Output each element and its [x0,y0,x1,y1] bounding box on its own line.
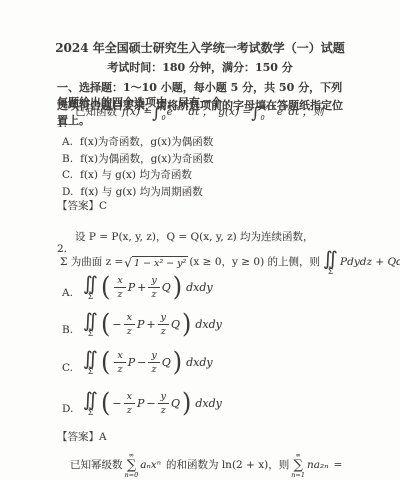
left-paren: ( [101,276,110,300]
fraction: y z [158,391,169,416]
option-text: f(x) 与 g(x) 均为周期函数 [80,186,202,198]
differential: dxdy [195,317,222,332]
q2-option-c: C. ∬ Σ ( x z P − y z Q ) [62,350,213,376]
sum-lower-limit: n=1 [291,472,305,479]
double-integral: ∬ Σ [83,350,98,376]
integral-domain-sigma: Σ [88,409,93,417]
q2-option-a: A. ∬ Σ ( x z P + y z Q ) [62,275,213,301]
integral-domain-sigma: Σ [328,268,333,276]
answer-tag: 【答案】 [57,200,99,212]
option-formula: ∬ Σ ( x z P − y z Q ) dxdy [83,350,213,376]
integral-differential: dt ，则 [288,105,323,120]
q3-mid-text: 的和函数为 ln(2 + x)，则 [166,458,289,473]
denominator: z [118,288,123,300]
variable-P: P [137,396,144,411]
denominator: z [161,404,166,416]
numerator: x [114,275,125,288]
summation: ∞ ∑ n=1 [291,452,305,478]
sum-lower-limit: n=0 [125,472,139,479]
answer-tag: 【答案】 [57,431,99,443]
option-label: A. [62,286,76,301]
radical-sign: √ [124,256,132,270]
variable-Q: Q [171,396,180,411]
summation: ∞ ∑ n=0 [125,452,139,478]
q1-g-lhs: g(x) = [218,105,251,120]
q2-domain-suffix: (x ≥ 0，y ≥ 0) 的上侧，则 [189,255,320,270]
q2-stem-line2: Σ 为曲面 z = √ 1 − x² − y² (x ≥ 0，y ≥ 0) 的上… [60,250,400,276]
q1-f-integral: ∫ x 0 e cos t dt ， [152,104,213,121]
lower-limit: 0 [161,115,165,122]
operator: + [137,280,146,295]
q3-stem: 已知幂级数 ∞ ∑ n=0 aₙxⁿ 的和函数为 ln(2 + x)，则 ∞ ∑… [70,452,342,478]
answer-letter: A [99,431,107,443]
variable-Q: Q [171,317,180,332]
q1-stem: 已知函数 f(x) = ∫ x 0 e cos t dt ， g(x) = ∫ … [75,104,324,121]
right-paren: ) [173,276,182,300]
option-text: f(x)为偶函数，g(x)为奇函数 [80,153,213,165]
option-label: B. [62,323,76,338]
integral-limits: sin x 0 [261,104,276,121]
double-integral: ∬ Σ [83,275,98,301]
double-integral: ∬ Σ [83,391,98,417]
fraction: x z [114,350,125,375]
numerator: x [124,312,135,325]
variable-P: P [137,317,144,332]
q1-intro: 已知函数 [75,105,117,120]
term-sign: − [112,396,121,411]
q1-answer: 【答案】C [57,199,107,214]
option-text: f(x)为奇函数，g(x)为偶函数 [80,136,213,148]
integral-differential: dt ， [188,105,213,120]
term-sign: − [112,317,121,332]
sum-sign: ∑ [293,459,302,472]
denominator: z [152,288,157,300]
option-formula: ∬ Σ ( − x z P + y z Q ) dxdy [83,312,222,338]
option-label: C. [62,169,73,181]
operator: + [146,317,155,332]
square-root: √ 1 − x² − y² [124,256,188,270]
fraction: x z [124,391,135,416]
variable-P: P [128,355,135,370]
integrand-exponent: t² [283,104,288,113]
option-label: B. [62,153,73,165]
option-label: C. [62,361,76,376]
radicand: 1 − x² − y² [132,256,188,270]
numerator: x [114,350,125,363]
q1-option-a: A.f(x)为奇函数，g(x)为偶函数 [62,135,213,150]
equals-sign: = [334,458,343,473]
q1-f-lhs: f(x) = [122,105,152,120]
q3-intro: 已知幂级数 [70,458,123,473]
double-integral: ∬ Σ [83,312,98,338]
q2-option-d: D. ∬ Σ ( − x z P − y z Q ) [62,391,222,417]
differential: dxdy [195,396,222,411]
q1-g-integral: ∫ sin x 0 e t² dt ，则 [251,104,323,121]
q2-answer: 【答案】A [57,430,107,445]
integral-sign: ∫ [251,105,259,121]
upper-limit: sin x [261,104,276,111]
differential: dxdy [186,280,213,295]
integral-domain-sigma: Σ [88,368,93,376]
differential: dxdy [186,355,213,370]
q2-option-b: B. ∬ Σ ( − x z P + y z Q ) [62,312,222,338]
left-paren: ( [101,392,110,416]
option-formula: ∬ Σ ( x z P + y z Q ) dxdy [83,275,213,301]
q1-option-b: B.f(x)为偶函数，g(x)为奇函数 [62,152,213,167]
left-paren: ( [101,313,110,337]
right-paren: ) [182,313,191,337]
double-integral: ∬ Σ [323,250,338,276]
fraction: x z [124,312,135,337]
integral-domain-sigma: Σ [88,330,93,338]
left-paren: ( [101,351,110,375]
denominator: z [152,363,157,375]
exam-document-page: 2024 年全国硕士研究生入学统一考试数学（一）试题 考试时间：180 分钟，满… [0,0,400,480]
series-term: na₂ₙ [307,458,329,473]
right-paren: ) [182,392,191,416]
exam-subtitle: 考试时间：180 分钟，满分：150 分 [0,60,400,75]
page-title: 2024 年全国硕士研究生入学统一考试数学（一）试题 [0,40,400,57]
lower-limit: 0 [261,115,276,122]
upper-limit: x [161,104,165,111]
option-text: f(x) 与 g(x) 均为奇函数 [80,169,192,181]
answer-letter: C [99,200,107,212]
q2-integrand: Pdydz + Qdzdx = [340,255,400,270]
option-label: A. [62,136,73,148]
operator: − [146,396,155,411]
variable-Q: Q [162,280,171,295]
q2-stem-line1: 设 P = P(x, y, z)，Q = Q(x, y, z) 均为连续函数， [75,230,314,245]
integral-sign: ∫ [152,105,160,121]
fraction: x z [114,275,125,300]
option-label: D. [62,402,76,417]
integral-limits: x 0 [161,104,165,121]
q1-option-d: D.f(x) 与 g(x) 均为周期函数 [62,185,203,200]
option-formula: ∬ Σ ( − x z P − y z Q ) dxdy [83,391,222,417]
q1-number: 1. [57,117,67,132]
integral-domain-sigma: Σ [88,293,93,301]
sum-sign: ∑ [127,459,136,472]
variable-P: P [128,280,135,295]
option-label: D. [62,186,73,198]
series-term: aₙxⁿ [140,458,161,473]
numerator: y [148,275,159,288]
operator: − [137,355,146,370]
fraction: y z [148,275,159,300]
fraction: y z [158,312,169,337]
fraction: y z [148,350,159,375]
right-paren: ) [173,351,182,375]
numerator: y [148,350,159,363]
numerator: x [124,391,135,404]
numerator: y [158,312,169,325]
q1-option-c: C.f(x) 与 g(x) 均为奇函数 [62,168,192,183]
integrand-exponent: cos t [173,104,189,113]
denominator: z [127,404,132,416]
denominator: z [127,325,132,337]
numerator: y [158,391,169,404]
denominator: z [161,325,166,337]
denominator: z [118,363,123,375]
variable-Q: Q [162,355,171,370]
q2-surface-prefix: Σ 为曲面 z = [60,255,123,270]
